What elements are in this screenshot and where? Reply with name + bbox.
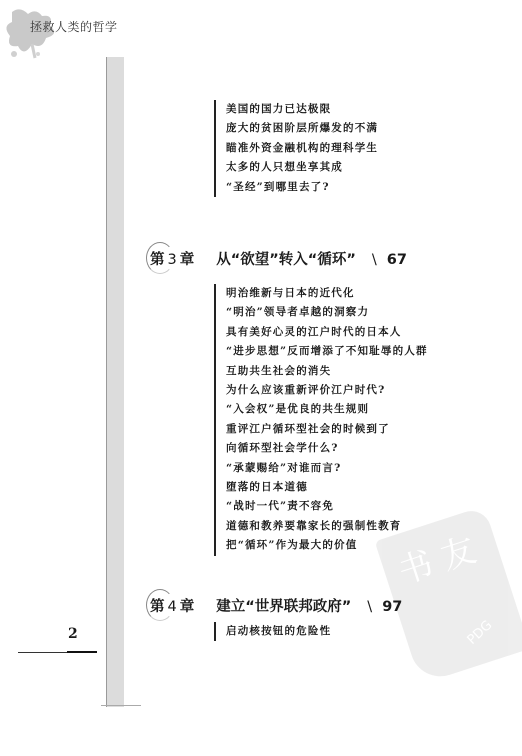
toc-section[interactable]: 重评江户循环型社会的时候到了 [226, 420, 428, 439]
toc-section[interactable]: 明治维新与日本的近代化 [226, 284, 428, 303]
chapter-title: 建立“世界联邦政府” [216, 595, 351, 616]
toc-section[interactable]: 为什么应该重新评价江户时代? [226, 381, 428, 400]
section-list-continued: 美国的国力已达极限 庞大的贫困阶层所爆发的不满 瞄准外资金融机构的理科学生 太多… [214, 100, 378, 197]
chapter-page: 67 [387, 252, 407, 268]
page-separator: \ [372, 252, 377, 268]
toc-section[interactable]: 道德和教养要靠家长的强制性教育 [226, 517, 428, 536]
toc-section[interactable]: 堕落的日本道德 [226, 478, 428, 497]
decorative-gray-bar [106, 57, 124, 707]
decorative-bar-foot [101, 705, 141, 706]
toc-section[interactable]: “明治”领导者卓越的洞察力 [226, 303, 428, 322]
chapter-ring-icon [146, 242, 174, 274]
chapter-title: 从“欲望”转入“循环” [216, 248, 356, 269]
toc-section[interactable]: 具有美好心灵的江户时代的日本人 [226, 323, 428, 342]
toc-section[interactable]: 向循环型社会学什么? [226, 439, 428, 458]
footer-rule-accent [67, 651, 97, 653]
toc-section[interactable]: 美国的国力已达极限 [226, 100, 378, 119]
toc-section[interactable]: 瞄准外资金融机构的理科学生 [226, 139, 378, 158]
chapter-3-heading[interactable]: 第3章 从“欲望”转入“循环” \ 67 [150, 248, 407, 269]
toc-section[interactable]: 太多的人只想坐享其成 [226, 158, 378, 177]
page-number: 2 [68, 626, 78, 642]
watermark-text: PDG [465, 618, 496, 648]
chapter-4-heading[interactable]: 第4章 建立“世界联邦政府” \ 97 [150, 595, 402, 616]
page-separator: \ [367, 599, 372, 615]
toc-section[interactable]: 把“循环”作为最大的价值 [226, 536, 428, 555]
toc-section[interactable]: “进步思想”反而增添了不知耻辱的人群 [226, 342, 428, 361]
toc-section[interactable]: “承蒙赐给”对谁而言? [226, 459, 428, 478]
toc-section[interactable]: “入会权”是优良的共生规则 [226, 400, 428, 419]
toc-section[interactable]: 庞大的贫困阶层所爆发的不满 [226, 119, 378, 138]
chapter-ring-icon [146, 589, 174, 621]
toc-section[interactable]: “战时一代”责不容免 [226, 497, 428, 516]
toc-section[interactable]: 互助共生社会的消失 [226, 362, 428, 381]
toc-section[interactable]: 启动核按钮的危险性 [226, 622, 331, 641]
running-title: 拯救人类的哲学 [30, 18, 118, 35]
section-list-chapter-4: 启动核按钮的危险性 [214, 622, 331, 641]
chapter-page: 97 [382, 599, 402, 615]
section-list-chapter-3: 明治维新与日本的近代化 “明治”领导者卓越的洞察力 具有美好心灵的江户时代的日本… [214, 284, 428, 556]
toc-section[interactable]: “圣经”到哪里去了? [226, 178, 378, 197]
